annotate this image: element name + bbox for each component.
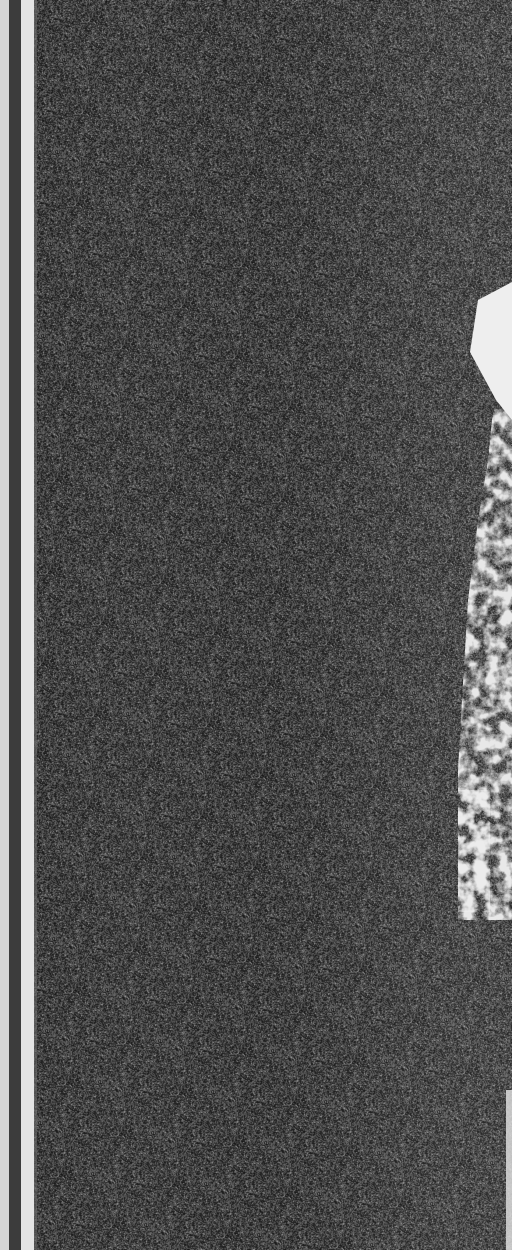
right-worn-lane-marking bbox=[458, 280, 512, 920]
left-double-line bbox=[0, 0, 37, 1250]
road-markings bbox=[0, 0, 512, 1250]
right-edge-line-fragment bbox=[506, 1090, 512, 1250]
road-photo: Overhead view of grey asphalt road surfa… bbox=[0, 0, 512, 1250]
